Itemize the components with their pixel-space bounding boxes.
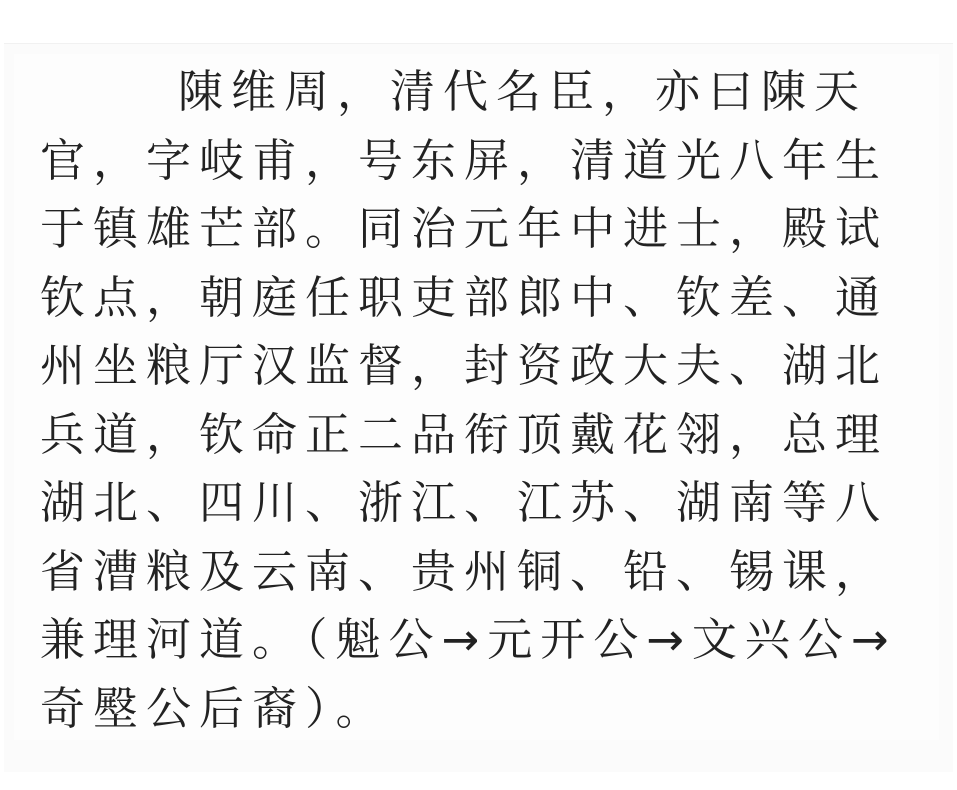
text-line-9: 兼理河道。（魁公→元开公→文兴公→	[40, 606, 920, 675]
text-line-3: 于镇雄芒部。同治元年中进士，殿试	[40, 195, 920, 264]
biography-paragraph: 陳维周，清代名臣，亦曰陳天 官，字岐甫，号东屏，清道光八年生 于镇雄芒部。同治元…	[40, 58, 920, 743]
text-line-1: 陳维周，清代名臣，亦曰陳天	[40, 58, 920, 127]
text-line-4: 钦点，朝庭任职吏部郎中、钦差、通	[40, 264, 920, 333]
text-line-10: 奇壂公后裔）。	[40, 675, 920, 744]
page: 陳维周，清代名臣，亦曰陳天 官，字岐甫，号东屏，清道光八年生 于镇雄芒部。同治元…	[0, 0, 957, 790]
text-line-5: 州坐粮厅汉监督，封资政大夫、湖北	[40, 332, 920, 401]
text-line-8: 省漕粮及云南、贵州铜、铅、锡课，	[40, 538, 920, 607]
text-line-2: 官，字岐甫，号东屏，清道光八年生	[40, 127, 920, 196]
text-line-7: 湖北、四川、浙江、江苏、湖南等八	[40, 469, 920, 538]
text-line-6: 兵道，钦命正二品衔顶戴花翎，总理	[40, 401, 920, 470]
